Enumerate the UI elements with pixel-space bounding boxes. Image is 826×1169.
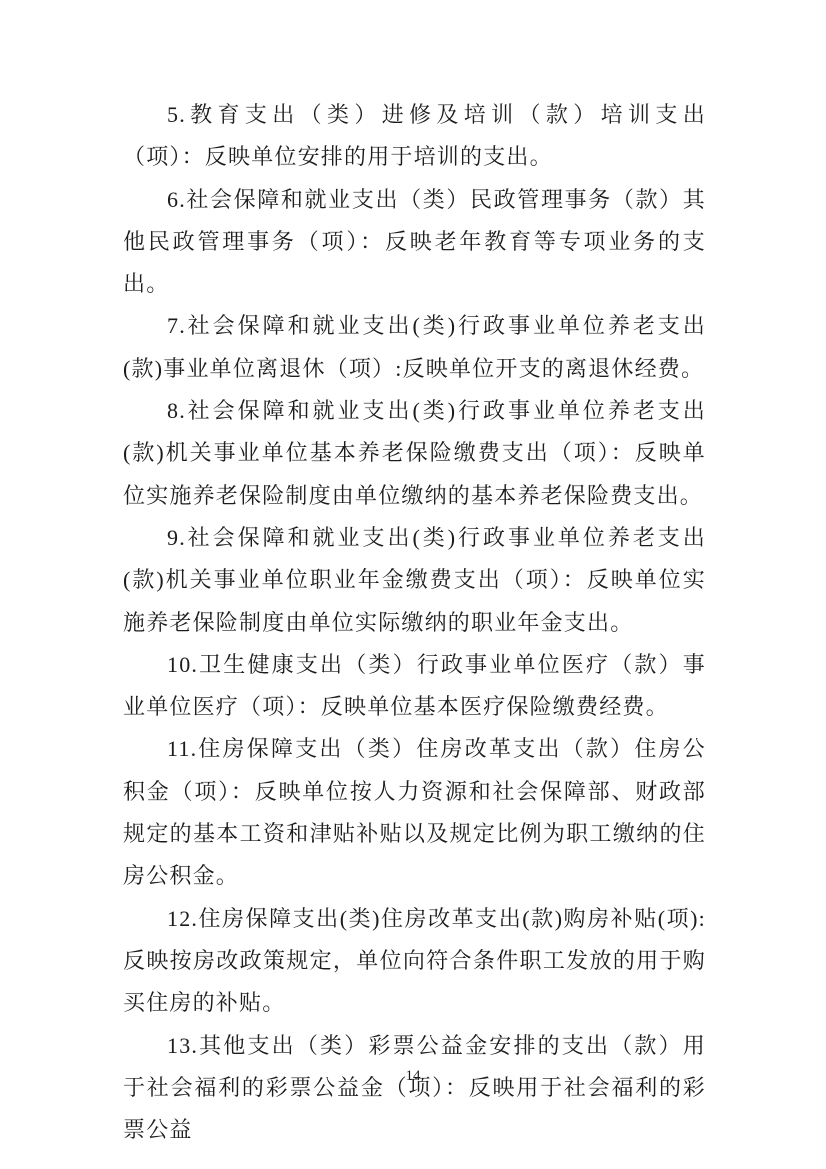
paragraph-11: 11.住房保障支出（类）住房改革支出（款）住房公积金（项）：反映单位按人力资源和… [123, 728, 706, 897]
paragraph-10: 10.卫生健康支出（类）行政事业单位医疗（款）事业单位医疗（项）：反映单位基本医… [123, 644, 706, 729]
document-body: 5.教育支出（类）进修及培训（款）培训支出（项）：反映单位安排的用于培训的支出。… [123, 94, 706, 1151]
paragraph-13: 13.其他支出（类）彩票公益金安排的支出（款）用于社会福利的彩票公益金（项）：反… [123, 1025, 706, 1152]
paragraph-8: 8.社会保障和就业支出(类)行政事业单位养老支出(款)机关事业单位基本养老保险缴… [123, 390, 706, 517]
paragraph-9: 9.社会保障和就业支出(类)行政事业单位养老支出(款)机关事业单位职业年金缴费支… [123, 517, 706, 644]
document-page: 5.教育支出（类）进修及培训（款）培训支出（项）：反映单位安排的用于培训的支出。… [0, 0, 826, 1169]
paragraph-6: 6.社会保障和就业支出（类）民政管理事务（款）其他民政管理事务（项）：反映老年教… [123, 179, 706, 306]
paragraph-5: 5.教育支出（类）进修及培训（款）培训支出（项）：反映单位安排的用于培训的支出。 [123, 94, 706, 179]
paragraph-12: 12.住房保障支出(类)住房改革支出(款)购房补贴(项):反映按房改政策规定，单… [123, 898, 706, 1025]
paragraph-7: 7.社会保障和就业支出(类)行政事业单位养老支出(款)事业单位离退休（项）:反映… [123, 305, 706, 390]
page-number: 14 [0, 1066, 826, 1086]
